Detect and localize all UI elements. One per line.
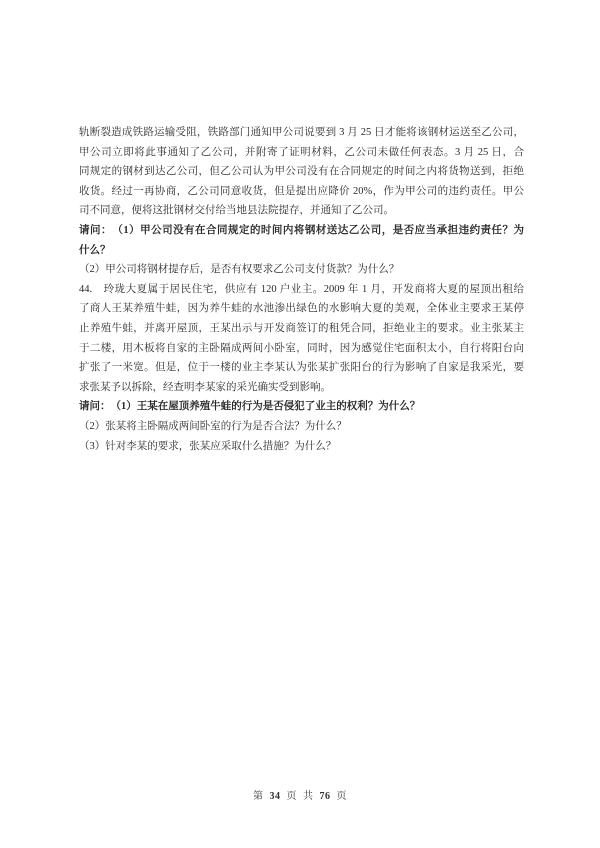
- footer-total-pages: 76: [320, 791, 331, 802]
- case44-question-1-paragraph: 请问： （1）王某在屋顶养殖牛蛙的行为是否侵犯了业主的权利？为什么？: [79, 397, 524, 417]
- text-line: 甲公司立即将此事通知了乙公司，并附寄了证明材料，乙公司未做任何表态。3 月 25…: [79, 143, 524, 163]
- text-line: （3）针对李某的要求，张某应采取什么措施？为什么？: [79, 437, 524, 457]
- case44-facts-paragraph: 44. 玲珑大夏属于居民住宅，供应有 120 户业主。2009 年 1 月，开发…: [79, 280, 524, 398]
- text-line: 扩张了一米宽。但是，位于一楼的业主李某认为张某扩张阳台的行为影响了自家是我采光，…: [79, 358, 524, 378]
- text-line: 求张某予以拆除，经查明李某家的采光确实受到影响。: [79, 378, 524, 398]
- text-line: 请问： （1）王某在屋顶养殖牛蛙的行为是否侵犯了业主的权利？为什么？: [79, 397, 524, 417]
- case43-question-2-paragraph: （2）甲公司将钢材提存后，是否有权要求乙公司支付货款？为什么？: [79, 260, 524, 280]
- text-line: 同规定的钢材到达乙公司，但乙公司认为甲公司没有在合同规定的时间之内将货物送到，拒…: [79, 162, 524, 182]
- footer-label-ye: 页: [337, 791, 348, 802]
- text-line: 44. 玲珑大夏属于居民住宅，供应有 120 户业主。2009 年 1 月，开发…: [79, 280, 524, 300]
- text-line: 了商人王某养殖牛蛙，因为养牛蛙的水池渗出绿色的水影响大夏的美观，全体业主要求王某…: [79, 299, 524, 319]
- footer-label-ye: 页: [287, 791, 298, 802]
- text-line: 止养殖牛蛙，并离开屋顶，王某出示与开发商签订的租凭合同，拒绝业主的要求。业主张某…: [79, 319, 524, 339]
- footer-page-number: 34: [270, 791, 281, 802]
- footer-label-di: 第: [253, 791, 264, 802]
- case44-question-2-paragraph: （2）张某将主卧隔成两间卧室的行为是否合法？为什么？: [79, 417, 524, 437]
- document-viewport: { "document": { "colors": { "page_backgr…: [0, 0, 600, 848]
- document-page: 轨断裂造成铁路运输受阻，铁路部门通知甲公司说要到 3 月 25 日才能将该钢材运…: [0, 0, 600, 848]
- footer-label-gong: 共: [303, 791, 314, 802]
- text-line: 什么？: [79, 241, 524, 261]
- text-line: 请问： （1）甲公司没有在合同规定的时间内将钢材送达乙公司，是否应当承担违约责任…: [79, 221, 524, 241]
- text-line: （2）甲公司将钢材提存后，是否有权要求乙公司支付货款？为什么？: [79, 260, 524, 280]
- case44-question-3-paragraph: （3）针对李某的要求，张某应采取什么措施？为什么？: [79, 437, 524, 457]
- text-line: 收货。经过一再协商，乙公司同意收货，但是提出应降价 20%，作为甲公司的违约责任…: [79, 182, 524, 202]
- text-block: 轨断裂造成铁路运输受阻，铁路部门通知甲公司说要到 3 月 25 日才能将该钢材运…: [79, 123, 524, 456]
- text-line: 于二楼，用木板将自家的主卧隔成两间小卧室，同时，因为感觉住宅面积太小，自行将阳台…: [79, 339, 524, 359]
- case43-question-1-paragraph: 请问： （1）甲公司没有在合同规定的时间内将钢材送达乙公司，是否应当承担违约责任…: [79, 221, 524, 260]
- page-footer: 第 34 页 共 76 页: [0, 787, 600, 802]
- case43-facts-paragraph: 轨断裂造成铁路运输受阻，铁路部门通知甲公司说要到 3 月 25 日才能将该钢材运…: [79, 123, 524, 221]
- text-line: （2）张某将主卧隔成两间卧室的行为是否合法？为什么？: [79, 417, 524, 437]
- text-line: 司不同意，便将这批钢材交付给当地县法院提存，并通知了乙公司。: [79, 201, 524, 221]
- text-line: 轨断裂造成铁路运输受阻，铁路部门通知甲公司说要到 3 月 25 日才能将该钢材运…: [79, 123, 524, 143]
